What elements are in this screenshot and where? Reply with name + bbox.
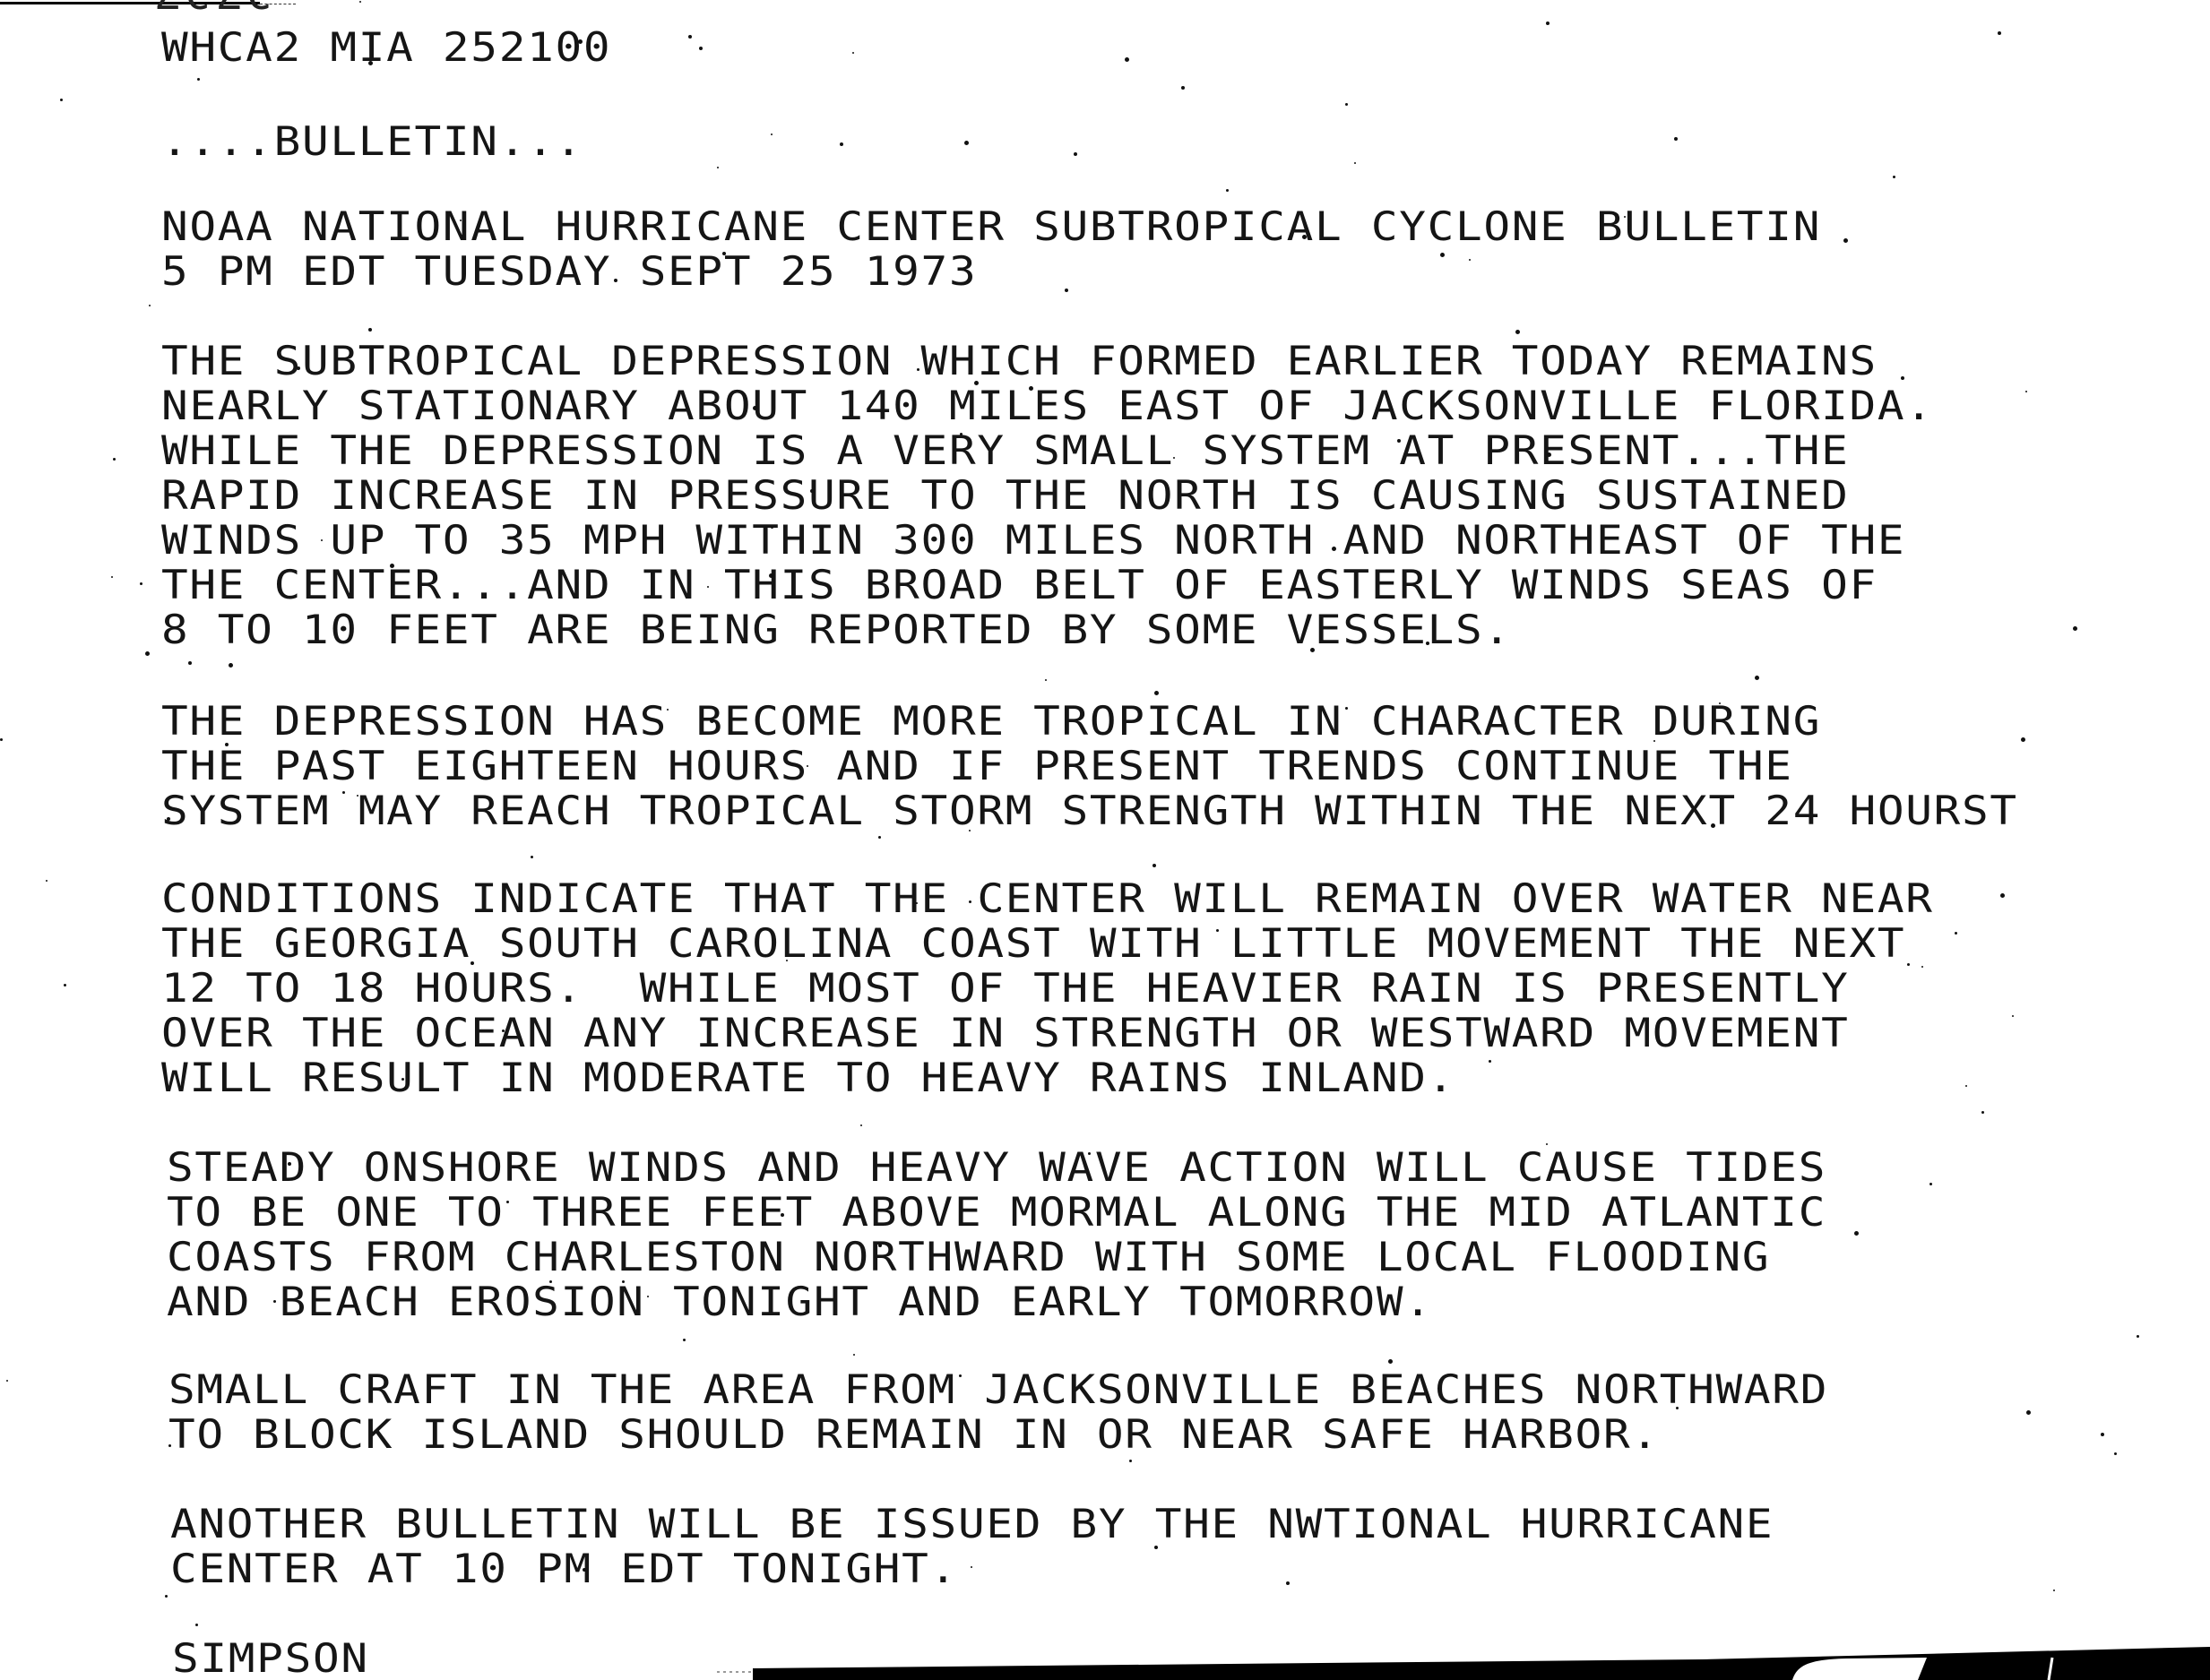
speck [824, 885, 827, 888]
speck [1065, 752, 1066, 754]
speck [1489, 1060, 1491, 1063]
speck [753, 406, 757, 410]
speck [506, 1201, 509, 1203]
speck [1088, 1152, 1091, 1155]
speck [149, 305, 151, 306]
speck [1152, 864, 1156, 867]
bulletin-banner: ....BULLETIN... [161, 121, 583, 164]
speck [1388, 1359, 1393, 1364]
speck [1893, 176, 1895, 178]
speck [2012, 1015, 2014, 1017]
speck [969, 900, 971, 903]
routing-code: ZCZC [154, 0, 277, 18]
speck [168, 1444, 171, 1447]
paragraph-line: RAPID INCREASE IN PRESSURE TO THE NORTH … [161, 475, 1849, 518]
speck [722, 252, 726, 255]
speck [1129, 1460, 1132, 1462]
speck [1674, 137, 1678, 141]
paragraph-line: 12 TO 18 HOURS. WHILE MOST OF THE HEAVIE… [161, 968, 1849, 1011]
speck [1546, 22, 1550, 25]
speck [1624, 216, 1626, 218]
speck [197, 78, 200, 81]
speck [64, 984, 66, 986]
speck [974, 381, 979, 385]
speck [825, 1512, 827, 1514]
paragraph-line: THE GEORGIA SOUTH CAROLINA COAST WITH LI… [161, 923, 1905, 966]
speck [1469, 259, 1471, 261]
speck [1345, 103, 1348, 106]
speck [707, 586, 709, 588]
signature: SIMPSON [172, 1638, 369, 1680]
speck [1618, 500, 1619, 502]
speck [1440, 253, 1445, 257]
speck [878, 836, 881, 839]
paragraph-line: OVER THE OCEAN ANY INCREASE IN STRENGTH … [161, 1012, 1849, 1055]
speck [1302, 235, 1307, 239]
speck [1397, 439, 1401, 443]
speck [2000, 893, 2005, 898]
speck [807, 765, 808, 767]
paragraph-line: TO BLOCK ISLAND SHOULD REMAIN IN OR NEAR… [168, 1414, 1660, 1457]
speck [1400, 909, 1403, 912]
date-line: 5 PM EDT TUESDAY SEPT 25 1973 [161, 251, 977, 294]
speck [769, 573, 773, 578]
speck [699, 47, 703, 50]
speck [1354, 162, 1356, 164]
speck [1901, 376, 1904, 380]
speck [1981, 1111, 1984, 1114]
speck [810, 489, 814, 493]
paragraph-line: AND BEACH EROSION TONIGHT AND EARLY TOMO… [167, 1281, 1433, 1324]
speck [225, 743, 229, 746]
speck [710, 719, 714, 723]
speck [2053, 1590, 2055, 1591]
speck [771, 134, 773, 135]
speck [647, 1296, 649, 1297]
speck [1929, 1183, 1932, 1185]
speck [1216, 929, 1219, 932]
paragraph-line: SMALL CRAFT IN THE AREA FROM JACKSONVILL… [168, 1369, 1828, 1412]
speck [771, 526, 773, 529]
speck [964, 141, 969, 145]
speck [683, 1339, 686, 1341]
paragraph-line: WILL RESULT IN MODERATE TO HEAVY RAINS I… [161, 1057, 1455, 1100]
speck [1181, 86, 1185, 90]
speck [390, 564, 394, 568]
speck [401, 1078, 404, 1081]
speck [167, 817, 170, 821]
speck [2025, 391, 2027, 392]
speck [229, 663, 233, 668]
speck [2101, 1433, 2104, 1436]
speck [1998, 31, 2001, 35]
message-id: WHCA2 MIA 252100 [161, 27, 611, 70]
paragraph-line: TO BE ONE TO THREE FEET ABOVE MORMAL ALO… [167, 1192, 1826, 1235]
paragraph-line: 8 TO 10 FEET ARE BEING REPORTED BY SOME … [161, 609, 1512, 652]
speck [1719, 702, 1721, 704]
speck [583, 1568, 586, 1572]
speck [549, 1280, 552, 1283]
speck [1755, 676, 1759, 680]
speck [786, 960, 788, 961]
speck [853, 1354, 855, 1356]
title-line: NOAA NATIONAL HURRICANE CENTER SUBTROPIC… [161, 206, 1821, 249]
speck [840, 142, 843, 146]
paragraph-line: COASTS FROM CHARLESTON NORTHWARD WITH SO… [167, 1236, 1770, 1279]
speck [1593, 1395, 1594, 1397]
paragraph-line: CENTER AT 10 PM EDT TONIGHT. [170, 1548, 958, 1591]
speck [1711, 823, 1715, 828]
speck [917, 368, 919, 371]
speck [1843, 238, 1848, 243]
speck [578, 39, 583, 44]
speck [321, 539, 323, 541]
speck [266, 533, 268, 535]
paragraph-line: THE SUBTROPICAL DEPRESSION WHICH FORMED … [161, 340, 1878, 383]
speck [667, 709, 669, 711]
speck [860, 1124, 862, 1126]
speck [1286, 1581, 1290, 1585]
speck [1310, 648, 1315, 652]
speck [297, 366, 300, 370]
paragraph-line: ANOTHER BULLETIN WILL BE ISSUED BY THE N… [170, 1503, 1774, 1546]
speck [1426, 642, 1429, 645]
paragraph-line: THE PAST EIGHTEEN HOURS AND IF PRESENT T… [161, 745, 1793, 788]
paragraph-line: CONDITIONS INDICATE THAT THE CENTER WILL… [161, 878, 1934, 921]
speck [1907, 963, 1910, 966]
speck [852, 52, 854, 54]
speck [195, 1624, 198, 1626]
speck [561, 814, 563, 815]
speck [368, 328, 372, 332]
speck [113, 458, 116, 461]
speck [2114, 1452, 2117, 1455]
speck [1676, 1407, 1679, 1409]
speck [781, 1213, 784, 1217]
speck [111, 576, 113, 578]
speck [140, 582, 142, 585]
paragraph-line: SYSTEM MAY REACH TROPICAL STORM STRENGTH… [161, 790, 2018, 833]
speck [1515, 330, 1520, 334]
speck [1332, 547, 1336, 551]
speck [1154, 1546, 1158, 1549]
paragraph-line: WHILE THE DEPRESSION IS A VERY SMALL SYS… [161, 430, 1849, 473]
speck [2026, 1410, 2031, 1415]
speck [145, 651, 150, 656]
speck [60, 99, 63, 101]
speck [2073, 626, 2077, 631]
speck [1965, 1085, 1967, 1087]
speck [342, 791, 345, 794]
speck [916, 902, 918, 904]
speck [959, 1374, 962, 1377]
scanned-bulletin-page: ZCZC WHCA2 MIA 252100 ....BULLETIN... NO… [0, 0, 2210, 1680]
speck [1074, 152, 1077, 156]
speck [502, 1030, 505, 1032]
speck [368, 61, 373, 65]
speck [460, 220, 462, 221]
speck [1547, 452, 1551, 457]
speck [359, 1, 361, 3]
speck [1653, 740, 1655, 742]
speck [273, 1300, 276, 1303]
speck [1226, 189, 1229, 192]
speck [288, 1162, 291, 1166]
speck [1546, 1143, 1548, 1145]
speck [470, 961, 474, 965]
speck [1921, 966, 1923, 968]
speck [969, 830, 971, 831]
speck [1955, 932, 1957, 935]
speck [1125, 57, 1129, 62]
speck [0, 738, 3, 741]
speck [688, 35, 692, 39]
speck [622, 1280, 625, 1283]
speck [614, 279, 617, 282]
paragraph-line: NEARLY STATIONARY ABOUT 140 MILES EAST O… [161, 385, 1934, 428]
speck [960, 433, 963, 435]
speck [188, 661, 192, 665]
paragraph-line: STEADY ONSHORE WINDS AND HEAVY WAVE ACTI… [167, 1147, 1826, 1190]
speck [1154, 691, 1159, 695]
speck [1173, 457, 1175, 459]
speck [2137, 1335, 2139, 1338]
speck [46, 880, 47, 882]
speck [531, 856, 533, 858]
speck [2021, 737, 2025, 742]
speck [738, 1525, 742, 1529]
speck [165, 1595, 168, 1598]
speck [1065, 289, 1068, 292]
speck [1345, 707, 1348, 710]
speck [1854, 1231, 1859, 1236]
speck [717, 167, 719, 168]
speck [997, 907, 1001, 910]
speck [971, 1566, 972, 1568]
paragraph-line: WINDS UP TO 35 MPH WITHIN 300 MILES NORT… [161, 520, 1905, 563]
speck [6, 1380, 8, 1382]
speck [1029, 386, 1033, 391]
speck [1045, 679, 1047, 681]
paragraph-line: THE CENTER...AND IN THIS BROAD BELT OF E… [161, 564, 1878, 607]
speck [357, 795, 358, 797]
speck [878, 1244, 882, 1247]
paragraph-line: THE DEPRESSION HAS BECOME MORE TROPICAL … [161, 701, 1821, 744]
